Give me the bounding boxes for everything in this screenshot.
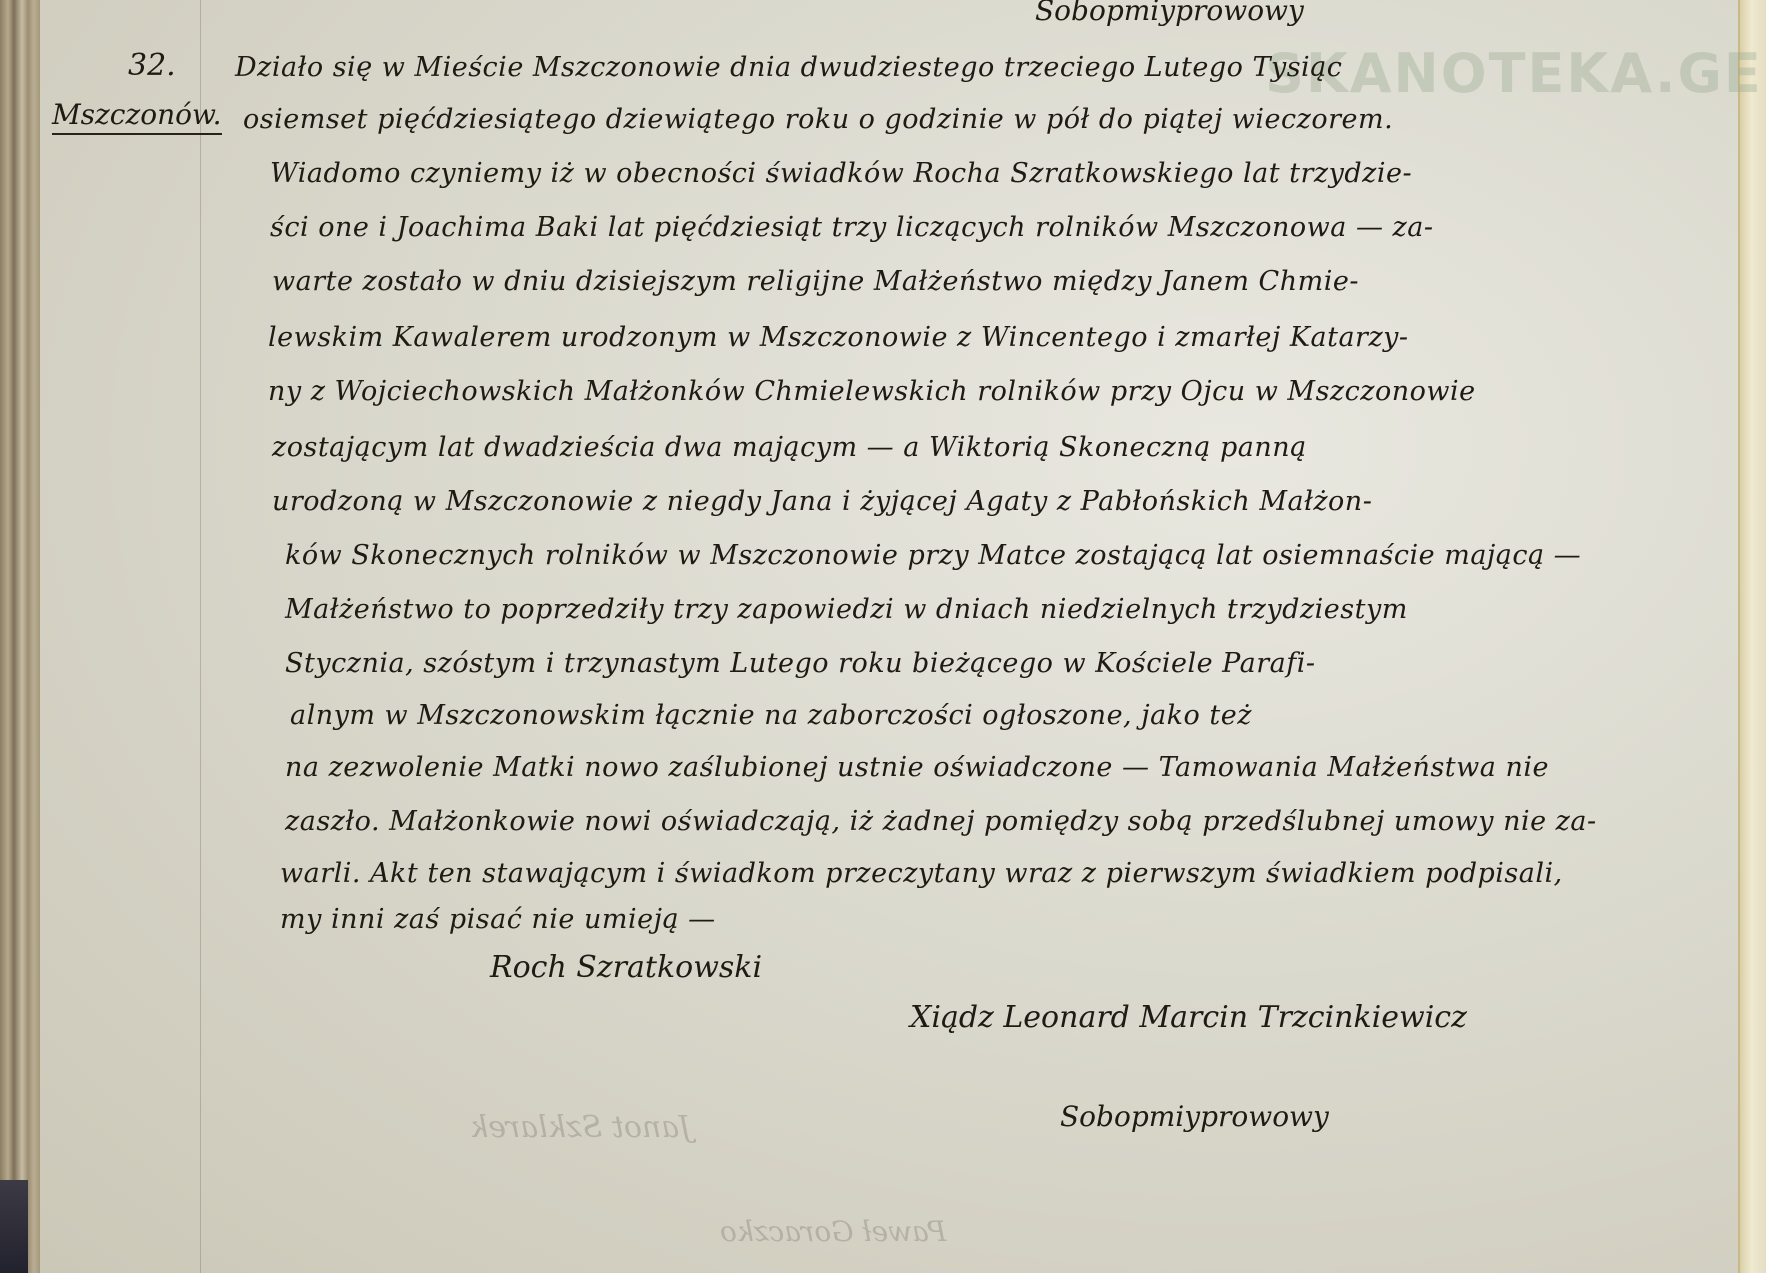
body-line: urodzoną w Mszczonowie z niegdy Jana i ż…: [272, 486, 1372, 517]
body-line: na zezwolenie Matki nowo zaślubionej ust…: [285, 752, 1549, 783]
document-page: [40, 0, 1740, 1273]
book-cover-corner: [0, 1180, 28, 1273]
page-gutter: [1738, 0, 1766, 1273]
margin-line: [200, 0, 201, 1273]
body-line: Małżeństwo to poprzedziły trzy zapowiedz…: [285, 594, 1408, 625]
bleed-through-text: Janot Szklarek: [470, 1110, 691, 1145]
body-line: ści one i Joachima Baki lat pięćdziesiąt…: [270, 212, 1434, 243]
bleed-through-text: Paweł Goraczko: [720, 1215, 946, 1248]
book-page-edges: [0, 0, 40, 1273]
body-line: alnym w Mszczonowskim łącznie na zaborcz…: [290, 700, 1252, 731]
margin-place-name: Mszczonów.: [52, 98, 222, 135]
body-line: zaszło. Małżonkowie nowi oświadczają, iż…: [285, 806, 1597, 837]
priest-signature: Xiądz Leonard Marcin Trzcinkiewicz: [910, 1000, 1467, 1035]
body-line: Stycznia, szóstym i trzynastym Lutego ro…: [285, 648, 1316, 679]
body-line: ków Skonecznych rolników w Mszczonowie p…: [285, 540, 1581, 571]
body-line: Wiadomo czyniemy iż w obecności świadków…: [270, 158, 1412, 189]
body-line: warte zostało w dniu dzisiejszym religij…: [272, 266, 1359, 297]
body-line: zostającym lat dwadzieścia dwa mającym —…: [272, 432, 1307, 463]
official-title-signature: Sobopmiyprowowy: [1060, 1100, 1329, 1133]
body-line: my inni zaś pisać nie umieją —: [280, 904, 716, 935]
body-line: osiemset pięćdziesiątego dziewiątego rok…: [243, 104, 1393, 135]
body-line: Działo się w Mieście Mszczonowie dnia dw…: [235, 52, 1342, 83]
body-line: lewskim Kawalerem urodzonym w Mszczonowi…: [268, 322, 1409, 353]
body-line: ny z Wojciechowskich Małżonków Chmielews…: [268, 376, 1476, 407]
witness-signature: Roch Szratkowski: [490, 950, 762, 985]
top-signature-fragment: Sobopmiyprowowy: [1035, 0, 1304, 27]
entry-number: 32.: [128, 48, 176, 83]
body-line: warli. Akt ten stawającym i świadkom prz…: [280, 858, 1563, 889]
